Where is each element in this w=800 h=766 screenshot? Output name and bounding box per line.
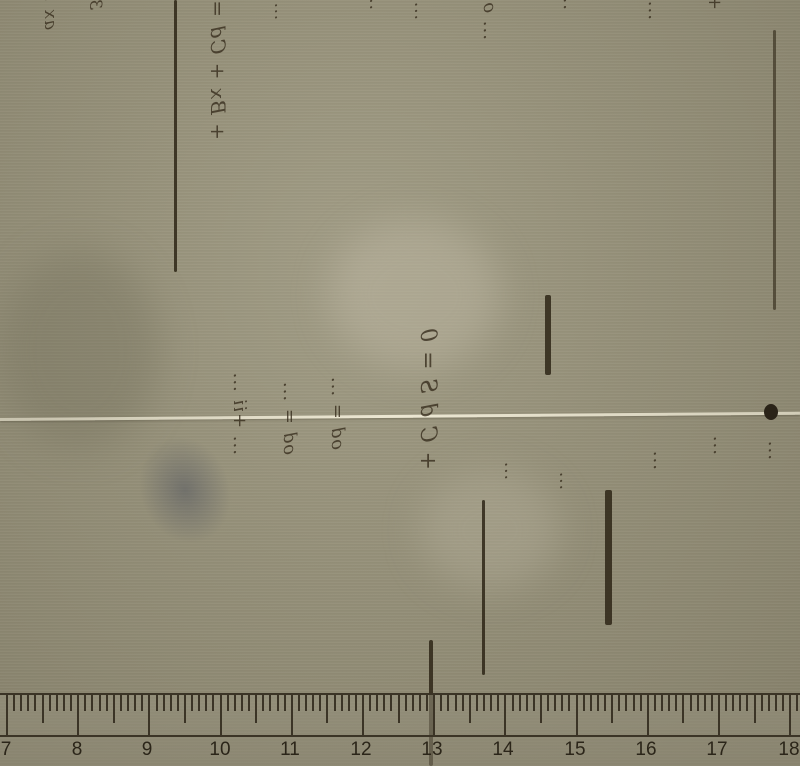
ruler-tick (312, 695, 314, 711)
ruler-tick (590, 695, 592, 711)
ruler-tick (547, 695, 549, 711)
ruler-label: 13 (421, 739, 442, 761)
ruler-tick (348, 695, 350, 711)
manuscript-photo: ax ... f a ... 3 ... + ... =0 + Bx + Cd … (0, 0, 800, 766)
ruler-tick (618, 695, 620, 711)
ruler-tick (583, 695, 585, 711)
ruler-tick (241, 695, 243, 711)
ruler-tick (654, 695, 656, 711)
ruler-tick (782, 695, 784, 711)
ruler-tick (56, 695, 58, 711)
measuring-ruler: 7 8 9 10 11 12 13 14 15 16 17 18 (0, 693, 800, 766)
ruler-tick (205, 695, 207, 711)
ruler-tick (725, 695, 727, 711)
ruler-tick (611, 695, 613, 723)
ruler-tick (248, 695, 250, 711)
ruler-tick (718, 695, 720, 735)
ruler-tick (369, 695, 371, 711)
ruler-tick (398, 695, 400, 723)
ruler-tick (284, 695, 286, 711)
handwriting-line: + Bx + Cd = 0 (206, 0, 230, 140)
ruler-tick (690, 695, 692, 711)
ruler-tick (298, 695, 300, 711)
ruler-tick (704, 695, 706, 711)
ruler-tick (334, 695, 336, 711)
ruler-tick (711, 695, 713, 711)
ruler-tick (148, 695, 150, 735)
ruler-tick (497, 695, 499, 711)
ruler-tick (412, 695, 414, 711)
ruler-tick (682, 695, 684, 723)
ruler-tick (326, 695, 328, 723)
ruler-tick (640, 695, 642, 711)
ruler-tick (234, 695, 236, 711)
ruler-tick (99, 695, 101, 711)
ruler-tick (34, 695, 36, 711)
ruler-tick (455, 695, 457, 711)
ruler-tick (440, 695, 442, 711)
ruler-tick (341, 695, 343, 711)
ruler-tick (533, 695, 535, 711)
ruler-tick (212, 695, 214, 711)
ruler-tick (576, 695, 578, 735)
ruler-tick (540, 695, 542, 723)
handwriting-line: od = ... (327, 376, 348, 450)
ruler-tick (512, 695, 514, 711)
ruler-tick (91, 695, 93, 711)
ruler-tick (761, 695, 763, 711)
ruler-tick (20, 695, 22, 711)
ruler-tick (383, 695, 385, 711)
ruler-tick (227, 695, 229, 711)
ruler-tick (625, 695, 627, 711)
ruler-label: 10 (209, 739, 230, 761)
ruler-tick (462, 695, 464, 711)
ruler-tick (775, 695, 777, 711)
ruler-tick (476, 695, 478, 711)
ruler-tick (604, 695, 606, 711)
ruler-tick (519, 695, 521, 711)
ruler-tick (739, 695, 741, 711)
ruler-tick (746, 695, 748, 711)
ruler-tick (70, 695, 72, 711)
ruler-tick (113, 695, 115, 723)
ruler-tick (469, 695, 471, 723)
ruler-tick (184, 695, 186, 723)
ruler-tick (198, 695, 200, 711)
handwriting-line: ... +ii ... (229, 372, 250, 455)
handwriting-line: od = ... (279, 381, 300, 455)
ruler-tick (376, 695, 378, 711)
ink-stroke (545, 295, 551, 375)
ruler-tick (796, 695, 798, 711)
handwriting-line: ... (649, 450, 670, 470)
handwriting-line: ... (500, 461, 520, 480)
ruler-tick (255, 695, 257, 723)
ink-stroke (773, 30, 776, 310)
ruler-tick (675, 695, 677, 711)
ruler-tick (433, 695, 435, 735)
ruler-tick (291, 695, 293, 735)
handwriting-line: ... (555, 471, 575, 490)
ruler-tick (319, 695, 321, 711)
ruler-tick (597, 695, 599, 711)
ruler-tick (269, 695, 271, 711)
handwriting-line: ... 2 ... (365, 0, 385, 10)
ruler-tick (106, 695, 108, 711)
handwriting-line: ... (764, 440, 785, 460)
ruler-tick (120, 695, 122, 711)
handwriting-line: + o + ... (704, 0, 725, 10)
ruler-tick (191, 695, 193, 711)
ruler-tick (84, 695, 86, 711)
ruler-label: 14 (492, 739, 513, 761)
ruler-tick (156, 695, 158, 711)
ruler-label: 17 (706, 739, 727, 761)
ruler-tick (447, 695, 449, 711)
ruler-tick (526, 695, 528, 711)
ink-stroke (482, 500, 485, 675)
ruler-tick (789, 695, 791, 735)
ruler-tick (141, 695, 143, 711)
ruler-tick (483, 695, 485, 711)
ruler-tick (63, 695, 65, 711)
ruler-tick (668, 695, 670, 711)
ruler-tick (661, 695, 663, 711)
ruler-tick (504, 695, 506, 735)
ruler-tick (561, 695, 563, 711)
ink-spot (764, 404, 778, 420)
ruler-tick (262, 695, 264, 711)
paper-stain (420, 470, 560, 590)
ruler-tick (305, 695, 307, 711)
ruler-tick (362, 695, 364, 735)
ruler-label: 12 (350, 739, 371, 761)
ruler-tick (177, 695, 179, 711)
ruler-baseline (0, 735, 800, 737)
ruler-tick (390, 695, 392, 711)
ruler-tick (768, 695, 770, 711)
ruler-tick (77, 695, 79, 735)
handwriting-line: ... (559, 0, 580, 10)
ruler-label: 7 (1, 739, 12, 761)
ruler-tick (163, 695, 165, 711)
ruler-tick (13, 695, 15, 711)
handwriting-line: ... x ... (271, 0, 290, 20)
ruler-tick (732, 695, 734, 711)
ruler-tick (405, 695, 407, 711)
ink-stroke (174, 0, 177, 272)
ruler-label: 8 (72, 739, 83, 761)
ruler-tick (568, 695, 570, 711)
handwriting-line: ... (709, 435, 730, 455)
ruler-tick (27, 695, 29, 711)
handwriting-line: ... o ... (644, 0, 665, 20)
ruler-tick (633, 695, 635, 711)
ruler-tick (170, 695, 172, 711)
ruler-tick (134, 695, 136, 711)
ruler-tick (277, 695, 279, 711)
ruler-tick (49, 695, 51, 711)
handwriting-line: ax ... f a ... (40, 0, 60, 30)
handwriting-line: + C d S = 0 (415, 327, 440, 470)
ruler-tick (554, 695, 556, 711)
handwriting-line: ... ad ... (410, 0, 430, 20)
ruler-tick (490, 695, 492, 711)
ruler-label: 15 (564, 739, 585, 761)
handwriting-line: 3 ... + ... =0 (85, 0, 105, 10)
ruler-tick (355, 695, 357, 711)
ruler-tick (754, 695, 756, 723)
ruler-label: 18 (778, 739, 799, 761)
ruler-tick (6, 695, 8, 735)
ruler-tick (220, 695, 222, 735)
blue-smudge (124, 423, 246, 557)
ruler-label: 16 (635, 739, 656, 761)
ruler-tick (127, 695, 129, 711)
ruler-tick (42, 695, 44, 723)
ruler-tick (419, 695, 421, 711)
handwriting-line: ... ord ... (479, 0, 500, 40)
ruler-tick (647, 695, 649, 735)
ruler-tick (426, 695, 428, 711)
ruler-label: 11 (280, 739, 300, 761)
ruler-tick (697, 695, 699, 711)
ink-stroke (605, 490, 612, 625)
ruler-label: 9 (142, 739, 153, 761)
